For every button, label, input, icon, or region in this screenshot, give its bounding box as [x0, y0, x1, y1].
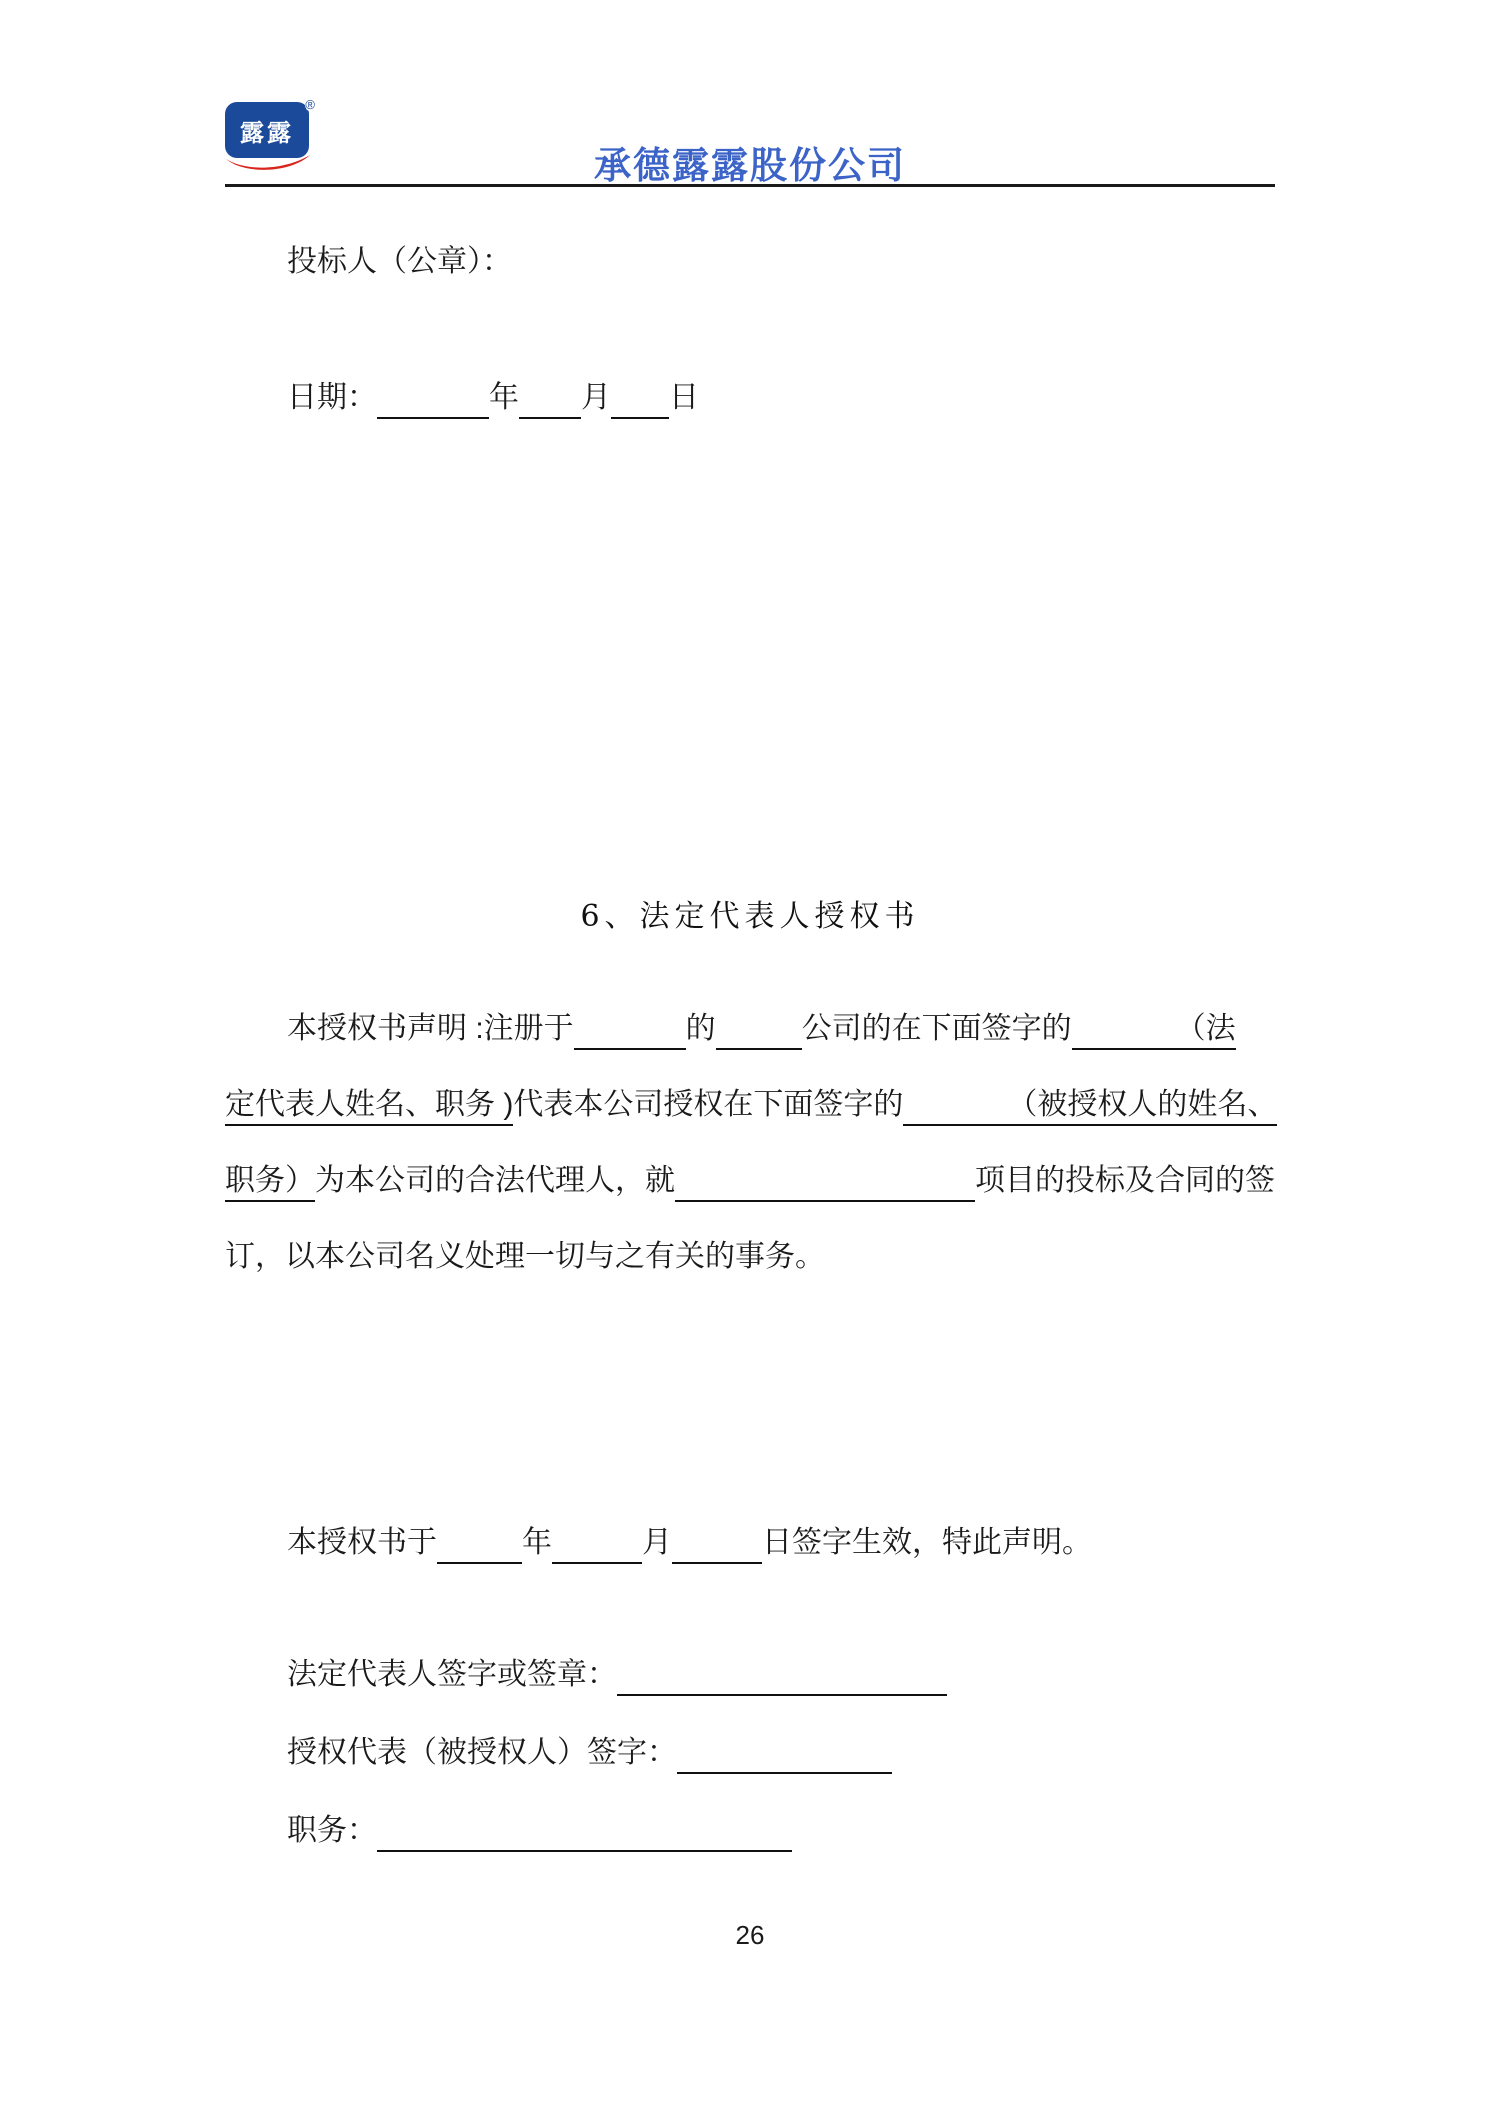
authorization-line-2: 定代表人姓名、职务 )代表本公司授权在下面签字的 （被授权人的姓名、: [225, 1086, 1285, 1126]
authorized-rep-signature-label: 授权代表（被授权人）签字：: [287, 1736, 677, 1769]
authorization-line-1: 本授权书声明 :注册于 的 公司的在下面签字的 （法: [287, 1010, 1347, 1050]
blank-field: [716, 1010, 802, 1050]
registered-trademark-icon: ®: [305, 98, 315, 111]
auth-text: 年: [522, 1526, 552, 1559]
auth-text: 本授权书声明 :注册于: [287, 1012, 574, 1045]
authorization-line-3: 职务）为本公司的合法代理人，就 项目的投标及合同的签: [225, 1162, 1285, 1202]
position-line: 职务：: [287, 1812, 792, 1852]
blank-field: [519, 379, 581, 419]
auth-text: 为本公司的合法代理人，就: [315, 1164, 675, 1197]
auth-text: 月: [642, 1526, 672, 1559]
blank-field: [677, 1734, 892, 1774]
date-month-label: 月: [581, 381, 611, 414]
date-prefix: 日期：: [287, 381, 377, 414]
authorized-rep-signature-line: 授权代表（被授权人）签字：: [287, 1734, 892, 1774]
header-divider: [225, 184, 1275, 187]
blank-field: [672, 1524, 762, 1564]
auth-text-underlined: （被授权人的姓名、: [1007, 1086, 1277, 1126]
auth-text: 本授权书于: [287, 1526, 437, 1559]
blank-field: [552, 1524, 642, 1564]
legal-rep-signature-label: 法定代表人签字或签章：: [287, 1658, 617, 1691]
auth-text-underlined: （法: [1176, 1010, 1236, 1050]
auth-text: 公司的在下面签字的: [802, 1012, 1072, 1045]
authorization-line-4: 订，以本公司名义处理一切与之有关的事务。: [225, 1238, 1285, 1276]
auth-text: 项目的投标及合同的签: [975, 1164, 1275, 1197]
legal-rep-signature-line: 法定代表人签字或签章：: [287, 1656, 947, 1696]
blank-field: [903, 1086, 1007, 1126]
blank-field: [1072, 1010, 1176, 1050]
auth-text-underlined: 职务）: [225, 1162, 315, 1202]
blank-field: [574, 1010, 686, 1050]
document-page: 露露 ® 承德露露股份公司 投标人（公章）： 日期： 年 月 日 6、法定代表人…: [0, 0, 1500, 2121]
blank-field: [377, 1812, 792, 1852]
date-day-label: 日: [669, 381, 699, 414]
auth-text: 的: [686, 1012, 716, 1045]
bidder-seal-label: 投标人（公章）：: [287, 243, 512, 281]
date-year-label: 年: [489, 381, 519, 414]
blank-field: [377, 379, 489, 419]
auth-text: 代表本公司授权在下面签字的: [513, 1088, 903, 1121]
auth-text-underlined: 定代表人姓名、职务 ): [225, 1086, 513, 1126]
blank-field: [611, 379, 669, 419]
page-number: 26: [0, 1920, 1500, 1951]
section-title: 6、法定代表人授权书: [0, 891, 1500, 935]
date-line: 日期： 年 月 日: [287, 379, 699, 419]
blank-field: [437, 1524, 522, 1564]
blank-field: [675, 1162, 975, 1202]
effective-date-line: 本授权书于 年 月 日签字生效，特此声明。: [287, 1524, 1092, 1564]
company-name: 承德露露股份公司: [0, 135, 1500, 189]
blank-field: [617, 1656, 947, 1696]
position-label: 职务：: [287, 1814, 377, 1847]
auth-text: 日签字生效，特此声明。: [762, 1526, 1092, 1559]
